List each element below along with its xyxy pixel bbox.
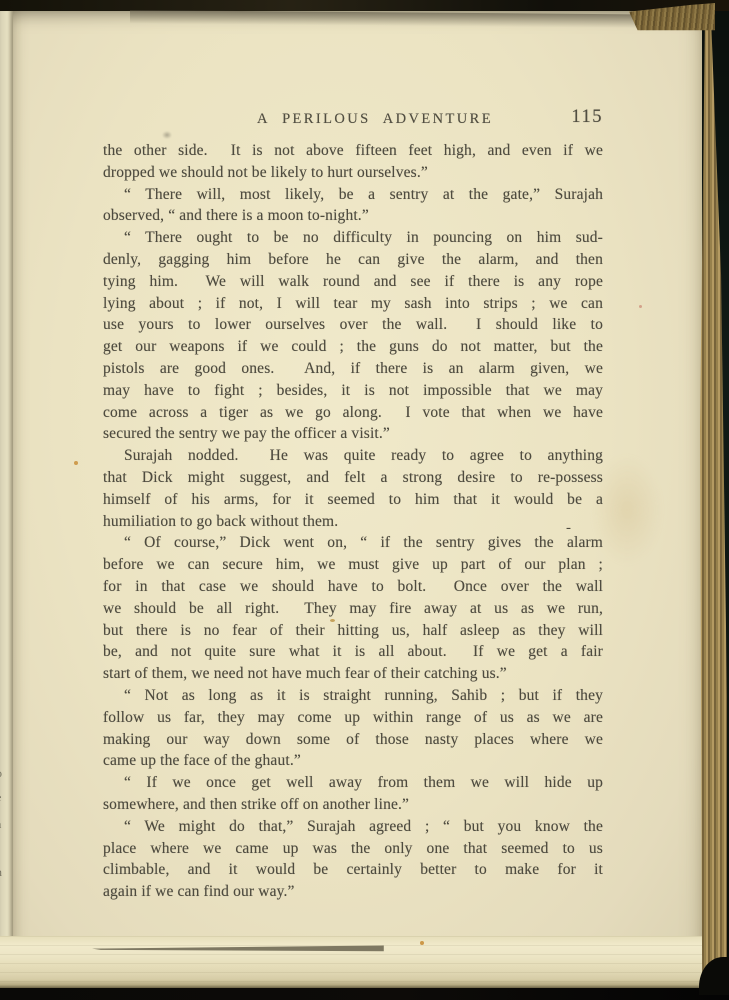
paragraph: “ There ought to be no difficulty in pou… bbox=[103, 227, 603, 445]
text-line: use yours to lower ourselves over the wa… bbox=[103, 314, 603, 336]
text-line: tying him. We will walk round and see if… bbox=[103, 271, 603, 293]
text-line: pistols are good ones. And, if there is … bbox=[103, 358, 603, 380]
cut-off-glyph: a bbox=[0, 818, 1, 830]
text-line: lying about ; if not, I will tear my sas… bbox=[103, 293, 603, 315]
text-line: come across a tiger as we go along. I vo… bbox=[103, 402, 603, 424]
text-line: making our way down some of those nasty … bbox=[103, 729, 603, 751]
page-number: 115 bbox=[571, 107, 603, 128]
text-block: the other side. It is not above fifteen … bbox=[103, 140, 603, 903]
cut-off-glyph: o bbox=[0, 767, 2, 779]
text-line: we should be all right. They may fire aw… bbox=[103, 598, 603, 620]
text-line: the other side. It is not above fifteen … bbox=[103, 140, 603, 162]
text-line: humiliation to go back without them. bbox=[103, 511, 603, 533]
running-header-title: A PERILOUS ADVENTURE bbox=[257, 111, 493, 128]
paper-speck bbox=[420, 941, 424, 945]
text-line: dropped we should not be likely to hurt … bbox=[103, 162, 603, 184]
text-line: get our weapons if we could ; the guns d… bbox=[103, 336, 603, 358]
text-line: Surajah nodded. He was quite ready to ag… bbox=[103, 445, 603, 467]
text-line: follow us far, they may come up within r… bbox=[103, 707, 603, 729]
stray-ink-mark: - bbox=[566, 520, 571, 537]
text-line: but there is no fear of their hitting us… bbox=[103, 620, 603, 642]
text-line: “ There ought to be no difficulty in pou… bbox=[103, 227, 603, 249]
text-line: “ Of course,” Dick went on, “ if the sen… bbox=[103, 532, 603, 554]
text-line: place where we came up was the only one … bbox=[103, 838, 603, 860]
cut-off-glyph: e bbox=[0, 791, 1, 803]
paragraph: “ If we once get well away from them we … bbox=[103, 772, 603, 816]
text-line: “ There will, most likely, be a sentry a… bbox=[103, 184, 603, 206]
paragraph: the other side. It is not above fifteen … bbox=[103, 140, 603, 184]
paper-speck bbox=[74, 461, 78, 465]
book-cover-edge-bottom bbox=[0, 988, 729, 1000]
text-line: secured the sentry we pay the officer a … bbox=[103, 423, 603, 445]
book-cover-edge-top bbox=[0, 0, 729, 11]
cut-off-glyph: n bbox=[0, 866, 2, 878]
text-line: start of them, we need not have much fea… bbox=[103, 663, 603, 685]
book-page-photo: )oea.nl A PERILOUS ADVENTURE 115 the oth… bbox=[0, 0, 729, 1000]
text-line: denly, gagging him before he can give th… bbox=[103, 249, 603, 271]
text-line: observed, “ and there is a moon to-night… bbox=[103, 205, 603, 227]
paragraph: “ We might do that,” Surajah agreed ; “ … bbox=[103, 816, 603, 903]
text-line: “ Not as long as it is straight running,… bbox=[103, 685, 603, 707]
paragraph: Surajah nodded. He was quite ready to ag… bbox=[103, 445, 603, 532]
page-edges-bottom bbox=[0, 936, 710, 989]
page-header: A PERILOUS ADVENTURE 115 bbox=[103, 107, 603, 131]
text-line: again if we can find our way.” bbox=[103, 881, 603, 903]
text-line: “ We might do that,” Surajah agreed ; “ … bbox=[103, 816, 603, 838]
text-line: for in that case we should have to bolt.… bbox=[103, 576, 603, 598]
text-line: before we can secure him, we must give u… bbox=[103, 554, 603, 576]
paper-speck bbox=[330, 619, 335, 622]
paragraph: “ Of course,” Dick went on, “ if the sen… bbox=[103, 532, 603, 685]
text-line: that Dick might suggest, and felt a stro… bbox=[103, 467, 603, 489]
text-line: came up the face of the ghaut.” bbox=[103, 750, 603, 772]
paper-speck bbox=[639, 305, 642, 308]
text-line: be, and not quite sure what it is all ab… bbox=[103, 641, 603, 663]
text-line: himself of his arms, for it seemed to hi… bbox=[103, 489, 603, 511]
paragraph: “ There will, most likely, be a sentry a… bbox=[103, 184, 603, 228]
paragraph: “ Not as long as it is straight running,… bbox=[103, 685, 603, 772]
text-line: somewhere, and then strike off on anothe… bbox=[103, 794, 603, 816]
text-line: may have to fight ; besides, it is not i… bbox=[103, 380, 603, 402]
scan-smudge bbox=[162, 131, 172, 139]
text-line: “ If we once get well away from them we … bbox=[103, 772, 603, 794]
facing-page-edge: )oea.nl bbox=[0, 9, 13, 988]
text-line: climbable, and it would be certainly bet… bbox=[103, 859, 603, 881]
